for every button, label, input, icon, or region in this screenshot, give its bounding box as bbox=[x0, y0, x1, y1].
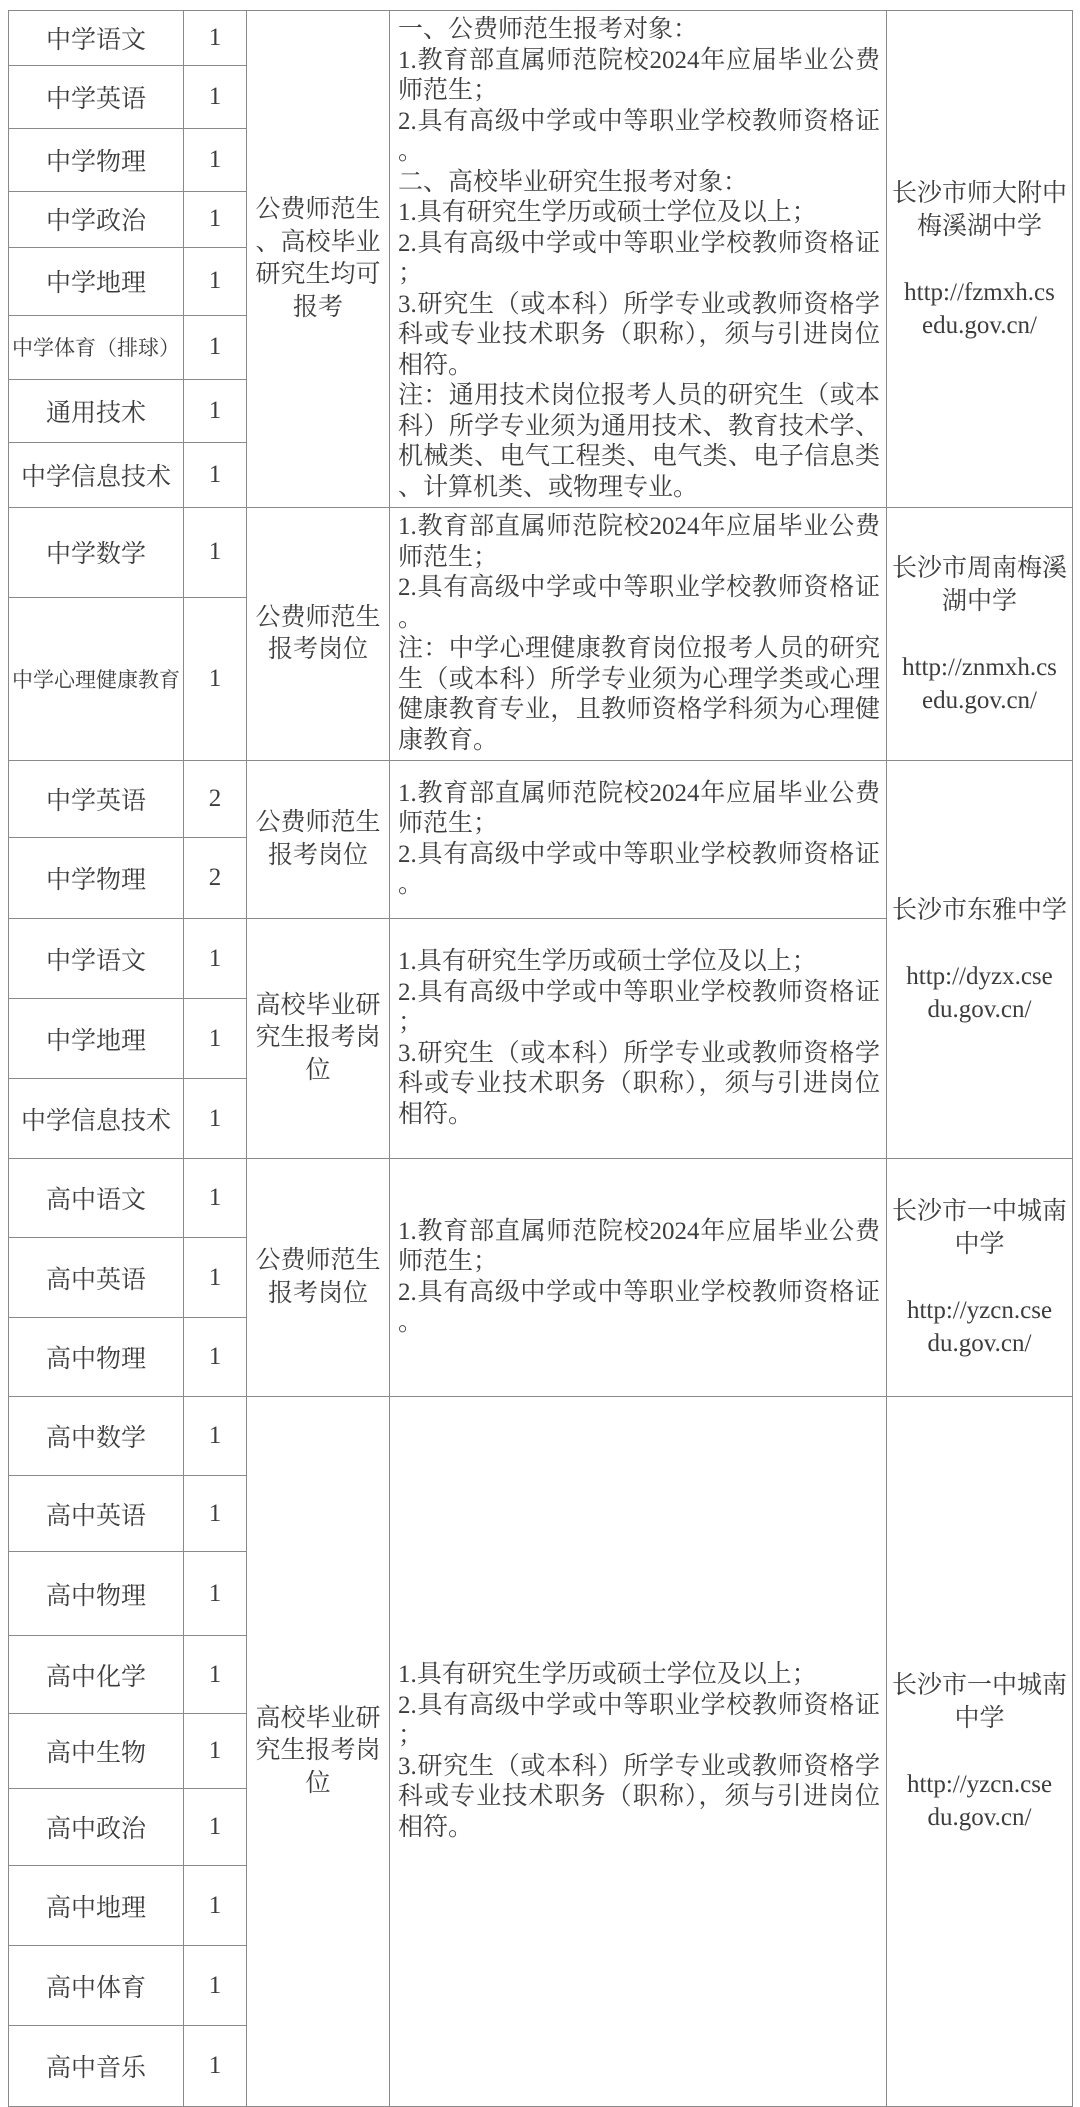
table-row: 中学数学 1 公费师范生 报考岗位 1.教育部直属师范院校2024年应届毕业公费… bbox=[9, 508, 1073, 598]
school-name: 长沙市一中城南 中学 bbox=[889, 1195, 1070, 1261]
count-cell: 1 bbox=[184, 1789, 247, 1866]
count-cell: 1 bbox=[184, 597, 247, 760]
school-name: 长沙市师大附中 梅溪湖中学 bbox=[889, 177, 1070, 243]
school-cell: 长沙市师大附中 梅溪湖中学 http://fzmxh.cs edu.gov.cn… bbox=[887, 11, 1073, 508]
subject-cell: 中学政治 bbox=[9, 191, 184, 247]
count-cell: 1 bbox=[184, 247, 247, 315]
count-cell: 1 bbox=[184, 379, 247, 443]
subject-cell: 中学数学 bbox=[9, 508, 184, 598]
table-row: 高中语文 1 公费师范生 报考岗位 1.教育部直属师范院校2024年应届毕业公费… bbox=[9, 1159, 1073, 1238]
requirements-cell: 1.教育部直属师范院校2024年应届毕业公费师范生； 2.具有高级中学或中等职业… bbox=[390, 761, 887, 919]
count-cell: 1 bbox=[184, 2026, 247, 2107]
type-cell: 公费师范生 报考岗位 bbox=[247, 508, 390, 761]
school-url: http://yzcn.cse du.gov.cn/ bbox=[889, 1768, 1070, 1834]
subject-cell: 高中音乐 bbox=[9, 2026, 184, 2107]
subject-cell: 中学信息技术 bbox=[9, 1079, 184, 1159]
subject-cell: 中学体育（排球） bbox=[9, 315, 184, 379]
subject-cell: 高中政治 bbox=[9, 1789, 184, 1866]
subject-cell: 中学物理 bbox=[9, 838, 184, 919]
subject-cell: 高中体育 bbox=[9, 1946, 184, 2026]
count-cell: 1 bbox=[184, 1159, 247, 1238]
count-cell: 1 bbox=[184, 999, 247, 1079]
type-cell: 公费师范生 报考岗位 bbox=[247, 761, 390, 919]
subject-cell: 高中地理 bbox=[9, 1866, 184, 1946]
subject-cell: 通用技术 bbox=[9, 379, 184, 443]
subject-cell: 高中生物 bbox=[9, 1714, 184, 1789]
count-cell: 1 bbox=[184, 191, 247, 247]
count-cell: 1 bbox=[184, 66, 247, 129]
subject-cell: 中学物理 bbox=[9, 128, 184, 191]
count-cell: 2 bbox=[184, 838, 247, 919]
requirements-cell: 一、公费师范生报考对象： 1.教育部直属师范院校2024年应届毕业公费师范生； … bbox=[390, 11, 887, 508]
requirements-cell: 1.教育部直属师范院校2024年应届毕业公费师范生； 2.具有高级中学或中等职业… bbox=[390, 508, 887, 761]
school-url: http://fzmxh.cs edu.gov.cn/ bbox=[889, 276, 1070, 342]
count-cell: 2 bbox=[184, 761, 247, 838]
school-url: http://dyzx.cse du.gov.cn/ bbox=[889, 960, 1070, 1026]
requirements-cell: 1.教育部直属师范院校2024年应届毕业公费师范生； 2.具有高级中学或中等职业… bbox=[390, 1159, 887, 1397]
table-row: 中学语文 1 公费师范生 、高校毕业 研究生均可 报考 一、公费师范生报考对象：… bbox=[9, 11, 1073, 66]
recruitment-table: 中学语文 1 公费师范生 、高校毕业 研究生均可 报考 一、公费师范生报考对象：… bbox=[8, 10, 1073, 2107]
school-cell: 长沙市一中城南 中学 http://yzcn.cse du.gov.cn/ bbox=[887, 1397, 1073, 2107]
subject-cell: 高中物理 bbox=[9, 1552, 184, 1636]
table-row: 中学英语 2 公费师范生 报考岗位 1.教育部直属师范院校2024年应届毕业公费… bbox=[9, 761, 1073, 838]
subject-cell: 中学心理健康教育 bbox=[9, 597, 184, 760]
subject-cell: 中学语文 bbox=[9, 919, 184, 999]
count-cell: 1 bbox=[184, 443, 247, 508]
count-cell: 1 bbox=[184, 315, 247, 379]
subject-cell: 中学地理 bbox=[9, 999, 184, 1079]
school-url: http://znmxh.cs edu.gov.cn/ bbox=[889, 651, 1070, 717]
school-name: 长沙市东雅中学 bbox=[889, 894, 1070, 927]
school-name: 长沙市一中城南 中学 bbox=[889, 1669, 1070, 1735]
requirements-cell: 1.具有研究生学历或硕士学位及以上； 2.具有高级中学或中等职业学校教师资格证；… bbox=[390, 1397, 887, 2107]
subject-cell: 中学地理 bbox=[9, 247, 184, 315]
count-cell: 1 bbox=[184, 1238, 247, 1318]
table-row: 高中数学 1 高校毕业研 究生报考岗 位 1.具有研究生学历或硕士学位及以上； … bbox=[9, 1397, 1073, 1476]
count-cell: 1 bbox=[184, 1714, 247, 1789]
subject-cell: 高中语文 bbox=[9, 1159, 184, 1238]
subject-cell: 高中英语 bbox=[9, 1238, 184, 1318]
subject-cell: 中学英语 bbox=[9, 761, 184, 838]
subject-cell: 高中化学 bbox=[9, 1636, 184, 1714]
count-cell: 1 bbox=[184, 508, 247, 598]
count-cell: 1 bbox=[184, 1866, 247, 1946]
school-name: 长沙市周南梅溪 湖中学 bbox=[889, 552, 1070, 618]
school-cell: 长沙市周南梅溪 湖中学 http://znmxh.cs edu.gov.cn/ bbox=[887, 508, 1073, 761]
school-cell: 长沙市东雅中学 http://dyzx.cse du.gov.cn/ bbox=[887, 761, 1073, 1159]
subject-cell: 中学信息技术 bbox=[9, 443, 184, 508]
count-cell: 1 bbox=[184, 1079, 247, 1159]
count-cell: 1 bbox=[184, 11, 247, 66]
subject-cell: 高中数学 bbox=[9, 1397, 184, 1476]
count-cell: 1 bbox=[184, 1946, 247, 2026]
type-cell: 高校毕业研 究生报考岗 位 bbox=[247, 1397, 390, 2107]
count-cell: 1 bbox=[184, 128, 247, 191]
subject-cell: 高中物理 bbox=[9, 1318, 184, 1397]
subject-cell: 高中英语 bbox=[9, 1476, 184, 1552]
count-cell: 1 bbox=[184, 1397, 247, 1476]
subject-cell: 中学语文 bbox=[9, 11, 184, 66]
type-cell: 公费师范生 、高校毕业 研究生均可 报考 bbox=[247, 11, 390, 508]
type-cell: 公费师范生 报考岗位 bbox=[247, 1159, 390, 1397]
subject-cell: 中学英语 bbox=[9, 66, 184, 129]
count-cell: 1 bbox=[184, 919, 247, 999]
requirements-cell: 1.具有研究生学历或硕士学位及以上； 2.具有高级中学或中等职业学校教师资格证；… bbox=[390, 919, 887, 1159]
count-cell: 1 bbox=[184, 1476, 247, 1552]
school-url: http://yzcn.cse du.gov.cn/ bbox=[889, 1294, 1070, 1360]
count-cell: 1 bbox=[184, 1318, 247, 1397]
type-cell: 高校毕业研 究生报考岗 位 bbox=[247, 919, 390, 1159]
document-page: 中学语文 1 公费师范生 、高校毕业 研究生均可 报考 一、公费师范生报考对象：… bbox=[0, 0, 1080, 2107]
count-cell: 1 bbox=[184, 1636, 247, 1714]
school-cell: 长沙市一中城南 中学 http://yzcn.cse du.gov.cn/ bbox=[887, 1159, 1073, 1397]
count-cell: 1 bbox=[184, 1552, 247, 1636]
